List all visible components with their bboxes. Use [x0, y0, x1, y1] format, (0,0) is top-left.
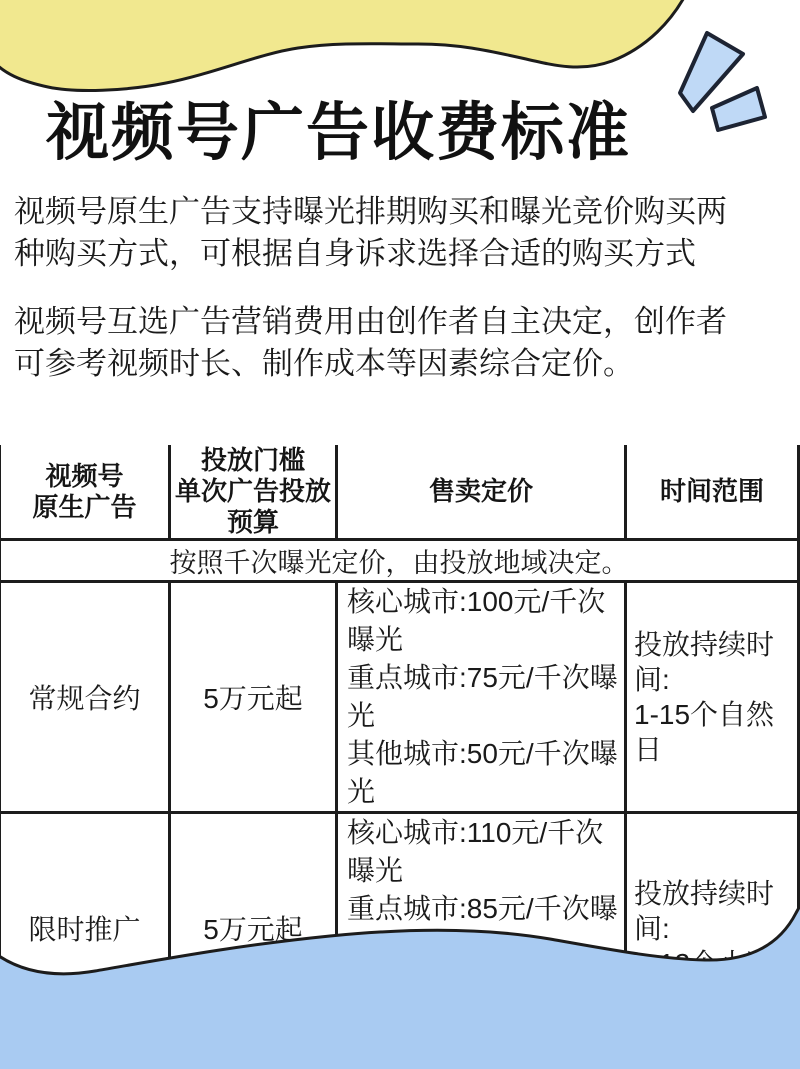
header-sale-pricing: 售卖定价 [337, 445, 626, 540]
banner-path [0, 0, 686, 90]
page-title: 视频号广告收费标准 [46, 82, 631, 173]
header-ad-type: 视频号 原生广告 [0, 445, 170, 540]
table-row-regular-contract: 常规合约 5万元起 核心城市:100元/千次曝光 重点城市:75元/千次曝光 其… [0, 582, 799, 813]
emphasis-mark-small [712, 88, 765, 130]
poster-page: 视频号广告收费标准 视频号原生广告支持曝光排期购买和曝光竞价购买两 种购买方式，… [0, 0, 800, 1069]
emphasis-marks-icon [668, 26, 778, 141]
wave-path [0, 899, 800, 1069]
cell-budget: 5万元起 [170, 582, 337, 813]
cell-pricing: 核心城市:100元/千次曝光 重点城市:75元/千次曝光 其他城市:50元/千次… [337, 582, 626, 813]
intro-paragraph-native-ads: 视频号原生广告支持曝光排期购买和曝光竞价购买两 种购买方式，可根据自身诉求选择合… [14, 191, 792, 275]
bottom-wave-shape [0, 899, 800, 1069]
pricing-note: 按照千次曝光定价，由投放地域决定。 [0, 540, 799, 582]
intro-paragraph-mutual-ads: 视频号互选广告营销费用由创作者自主决定，创作者 可参考视频时长、制作成本等因素综… [14, 301, 792, 385]
cell-ad-type: 常规合约 [0, 582, 170, 813]
header-budget-threshold: 投放门槛 单次广告投放 预算 [170, 445, 337, 540]
header-time-range: 时间范围 [626, 445, 799, 540]
table-header-row: 视频号 原生广告 投放门槛 单次广告投放 预算 售卖定价 时间范围 [0, 445, 799, 540]
cell-duration: 投放持续时间: 1-15个自然日 [626, 582, 799, 813]
table-note-row: 按照千次曝光定价，由投放地域决定。 [0, 540, 799, 582]
